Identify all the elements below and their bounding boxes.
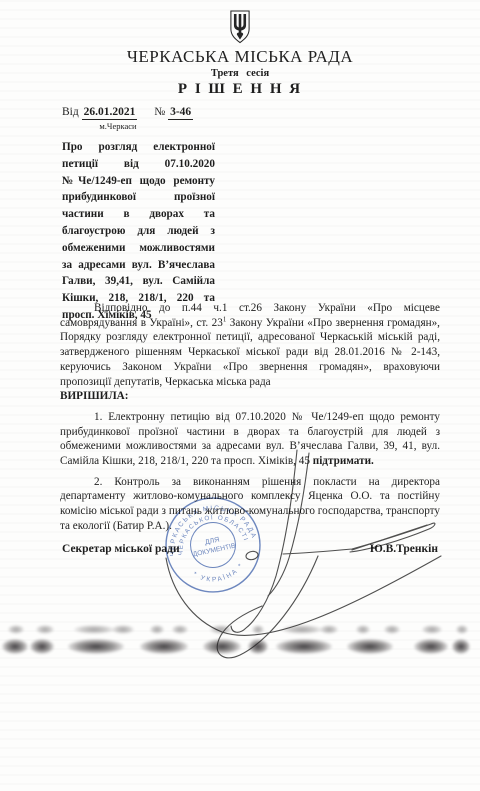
document-type-title: Р І Ш Е Н Н Я: [0, 81, 480, 98]
ink-smudge: [252, 625, 264, 634]
ink-smudge: [422, 625, 442, 634]
number-label: №: [154, 106, 165, 118]
signer-name: Ю.В.Тренкін: [370, 543, 438, 555]
ink-smudge: [452, 639, 470, 654]
ink-smudge: [172, 625, 188, 634]
item1-bold-suffix: підтримати.: [313, 455, 374, 467]
ink-smudge: [203, 639, 241, 654]
ink-smudge: [112, 625, 134, 634]
ink-smudge: [36, 625, 54, 634]
subject-paragraph: Про розгляд електронної петиції від 07.1…: [62, 139, 215, 324]
ink-smudge: [210, 625, 232, 634]
ink-smudge: [8, 625, 24, 634]
preamble-paragraph: Відповідно до п.44 ч.1 ст.26 Закону Укра…: [60, 301, 440, 389]
ink-smudge: [456, 625, 468, 634]
ink-smudge: [320, 625, 338, 634]
ukraine-trident-emblem: [227, 10, 253, 44]
ink-smudge: [282, 625, 322, 634]
ink-smudge: [140, 639, 188, 654]
ink-smudge: [150, 625, 164, 634]
ink-smudge: [276, 639, 332, 654]
ink-smudge: [347, 639, 393, 654]
date-label: Від: [62, 106, 79, 118]
city-name: м.Черкаси: [80, 121, 156, 131]
official-round-stamp: ЧЕРКАСЬКА МІСЬКА РАДА ЧЕРКАСЬКОЇ ОБЛАСТІ…: [155, 487, 271, 603]
ink-smudge: [356, 625, 370, 634]
ink-smudge: [74, 625, 114, 634]
resolution-item-1: 1. Електронну петицію від 07.10.2020 № Ч…: [60, 410, 440, 469]
document-number: 3-46: [168, 106, 193, 120]
stamp-center-line1: ДЛЯ: [204, 536, 220, 547]
resolved-label: ВИРІШИЛА:: [60, 389, 440, 404]
stamp-center-line2: ДОКУМЕНТІВ: [192, 542, 236, 558]
item1-text: 1. Електронну петицію від 07.10.2020 № Ч…: [60, 411, 440, 467]
council-name: ЧЕРКАСЬКА МІСЬКА РАДА: [0, 47, 480, 67]
ink-smudge: [2, 639, 28, 654]
ink-smudge: [30, 639, 54, 654]
ink-smudge: [248, 639, 268, 654]
ink-smudge: [414, 639, 448, 654]
date-number-line: Від 26.01.2021 № 3-46: [62, 106, 193, 118]
ink-smudge: [68, 639, 124, 654]
session-title: Третя сесія: [0, 68, 480, 79]
document-header: ЧЕРКАСЬКА МІСЬКА РАДА Третя сесія Р І Ш …: [0, 10, 480, 98]
document-date: 26.01.2021: [82, 106, 138, 120]
document-page: ЧЕРКАСЬКА МІСЬКА РАДА Третя сесія Р І Ш …: [0, 0, 480, 791]
ink-smudge: [384, 625, 400, 634]
